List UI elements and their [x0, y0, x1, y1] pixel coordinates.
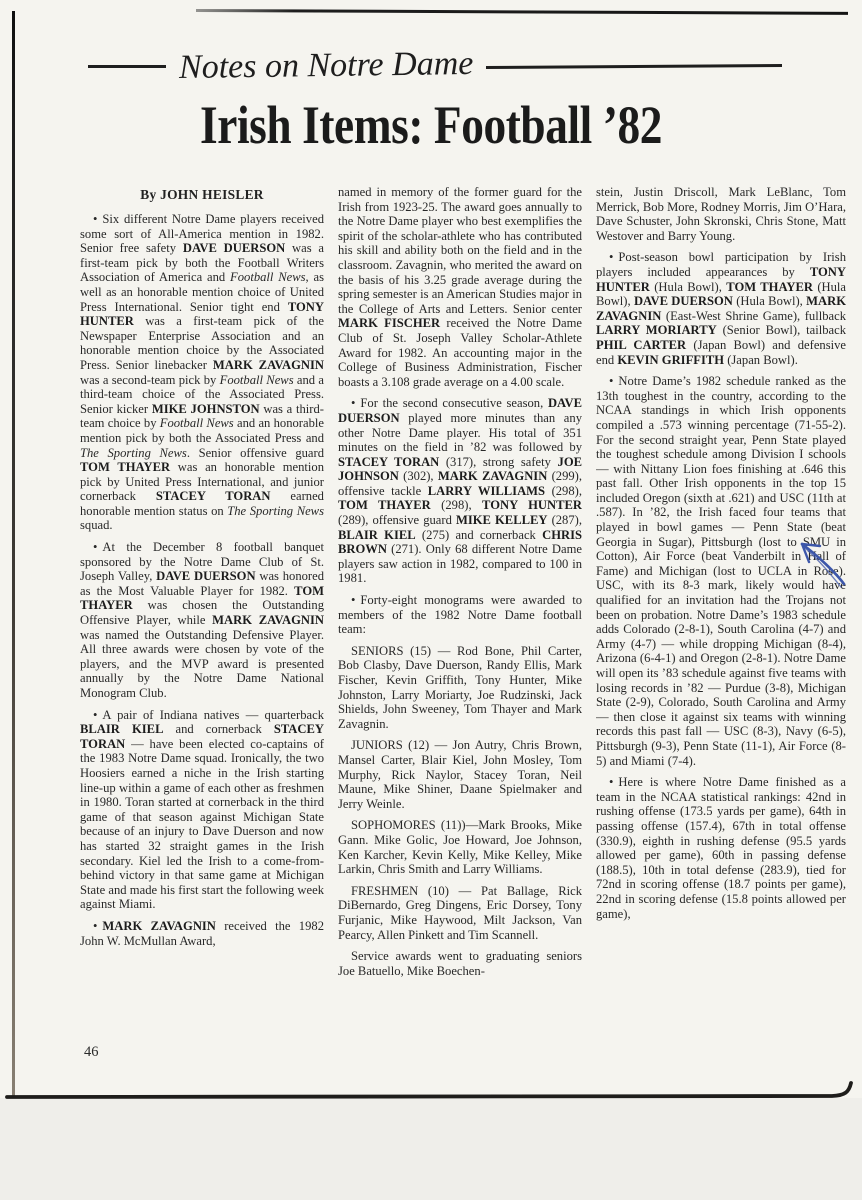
text-segment: The Sporting News — [80, 446, 187, 460]
paragraph: JUNIORS (12) — Jon Autry, Chris Brown, M… — [338, 738, 582, 811]
text-segment: TONY HUNTER — [482, 498, 582, 512]
text-segment: JUNIORS (12) — Jon Autry, Chris Brown, M… — [338, 738, 582, 810]
byline: By JOHN HEISLER — [80, 187, 324, 203]
text-segment: Football News — [220, 373, 294, 387]
text-segment: . Senior offensive guard — [187, 446, 324, 460]
text-segment: SOPHOMORES (11))—Mark Brooks, Mike Gann.… — [338, 818, 582, 876]
paragraph: named in memory of the former guard for … — [338, 185, 582, 389]
kicker-rule-left — [88, 65, 166, 68]
paragraph: stein, Justin Driscoll, Mark LeBlanc, To… — [596, 185, 846, 243]
text-segment: (317), strong safety — [439, 455, 557, 469]
article-title-row: Irish Items: Football ’82 — [0, 94, 862, 156]
text-segment: Football News — [230, 270, 305, 284]
text-segment: KEVIN GRIFFITH — [617, 353, 724, 367]
bullet-icon: • — [609, 374, 613, 388]
section-kicker: Notes on Notre Dame — [88, 44, 782, 88]
text-segment: (Senior Bowl), tailback — [717, 323, 846, 337]
paragraph: SENIORS (15) — Rod Bone, Phil Carter, Bo… — [338, 644, 582, 732]
paragraph: •For the second consecutive season, DAVE… — [338, 396, 582, 586]
paragraph: •MARK ZAVAGNIN received the 1982 John W.… — [80, 919, 324, 948]
bullet-icon: • — [351, 396, 355, 410]
scanned-magazine-page: Notes on Notre Dame Irish Items: Footbal… — [0, 0, 862, 1200]
text-segment: MARK ZAVAGNIN — [213, 358, 324, 372]
text-segment: A pair of Indiana natives — quarterback — [102, 708, 324, 722]
text-segment: PHIL CARTER — [596, 338, 686, 352]
text-segment: STACEY TORAN — [156, 489, 271, 503]
text-segment: TOM THAYER — [338, 498, 431, 512]
article-title: Irish Items: Football ’82 — [200, 94, 662, 156]
text-segment: (Hula Bowl), — [733, 294, 806, 308]
scan-bottom-edge-line — [0, 1080, 862, 1108]
text-segment: MARK FISCHER — [338, 316, 440, 330]
text-segment: (275) and cornerback — [416, 528, 542, 542]
text-segment: — have been elected co-captains of the 1… — [80, 737, 324, 912]
text-segment: Service awards went to graduating senior… — [338, 949, 582, 978]
paragraph: •A pair of Indiana natives — quarterback… — [80, 708, 324, 912]
text-segment: FRESHMEN (10) — Pat Ballage, Rick DiBern… — [338, 884, 582, 942]
text-segment: DAVE DUERSON — [156, 569, 255, 583]
text-column-2: named in memory of the former guard for … — [338, 185, 582, 1053]
paragraph: FRESHMEN (10) — Pat Ballage, Rick DiBern… — [338, 884, 582, 942]
text-segment: squad. — [80, 518, 113, 532]
text-column-1: By JOHN HEISLER •Six different Notre Dam… — [80, 185, 324, 1053]
article-body: By JOHN HEISLER •Six different Notre Dam… — [80, 185, 846, 1053]
text-segment: (Hula Bowl), — [650, 280, 726, 294]
text-segment: SENIORS (15) — Rod Bone, Phil Carter, Bo… — [338, 644, 582, 731]
text-segment: stein, Justin Driscoll, Mark LeBlanc, To… — [596, 185, 846, 243]
text-segment: TOM THAYER — [80, 460, 170, 474]
text-segment: The Sporting News — [227, 504, 324, 518]
kicker-text: Notes on Notre Dame — [179, 45, 474, 87]
paragraph: •Six different Notre Dame players receiv… — [80, 212, 324, 533]
text-segment: (East-West Shrine Game), fullback — [661, 309, 846, 323]
paragraph: SOPHOMORES (11))—Mark Brooks, Mike Gann.… — [338, 818, 582, 876]
text-segment: (289), offensive guard — [338, 513, 456, 527]
kicker-rule-right — [486, 63, 782, 68]
paragraph: •Post-season bowl participation by Irish… — [596, 250, 846, 367]
text-segment: LARRY MORIARTY — [596, 323, 717, 337]
text-segment: Football News — [160, 416, 234, 430]
bullet-icon: • — [93, 540, 97, 554]
text-segment: BLAIR KIEL — [338, 528, 416, 542]
text-segment: MARK ZAVAGNIN — [212, 613, 324, 627]
bullet-icon: • — [351, 593, 355, 607]
handwritten-arrow-annotation — [792, 533, 854, 595]
text-segment: TOM THAYER — [726, 280, 813, 294]
text-segment: BLAIR KIEL — [80, 722, 163, 736]
text-segment: (298), — [545, 484, 582, 498]
paragraph: •At the December 8 football banquet spon… — [80, 540, 324, 701]
text-segment: was a second-team pick by — [80, 373, 220, 387]
text-segment: MARK ZAVAGNIN — [438, 469, 547, 483]
text-segment: Here is where Notre Dame finished as a t… — [596, 775, 846, 920]
text-segment: STACEY TORAN — [338, 455, 439, 469]
text-segment: (298), — [431, 498, 482, 512]
paragraph: •Forty-eight monograms were awarded to m… — [338, 593, 582, 637]
text-segment: Forty-eight monograms were awarded to me… — [338, 593, 582, 636]
text-segment: DAVE DUERSON — [634, 294, 733, 308]
text-segment: and cornerback — [163, 722, 273, 736]
text-segment: (302), — [399, 469, 438, 483]
scan-left-edge-line — [12, 11, 15, 1098]
text-segment: MIKE KELLEY — [456, 513, 548, 527]
text-segment: LARRY WILLIAMS — [428, 484, 545, 498]
bullet-icon: • — [93, 919, 97, 933]
page-number: 46 — [84, 1044, 99, 1061]
bullet-icon: • — [93, 212, 97, 226]
text-segment: MIKE JOHNSTON — [152, 402, 260, 416]
text-segment: named in memory of the former guard for … — [338, 185, 582, 316]
text-segment: For the second consecutive season, — [360, 396, 548, 410]
text-segment: MARK ZAVAGNIN — [102, 919, 215, 933]
scan-below-page-strip — [0, 1098, 862, 1200]
paragraph: •Here is where Notre Dame finished as a … — [596, 775, 846, 921]
text-segment: was named the Outstanding Defensive Play… — [80, 628, 324, 700]
scan-top-edge-line — [196, 9, 848, 15]
bullet-icon: • — [609, 775, 613, 789]
text-segment: (Japan Bowl). — [724, 353, 798, 367]
bullet-icon: • — [609, 250, 613, 264]
text-column-3: stein, Justin Driscoll, Mark LeBlanc, To… — [596, 185, 846, 1053]
bullet-icon: • — [93, 708, 97, 722]
text-segment: (287), — [548, 513, 583, 527]
paragraph: Service awards went to graduating senior… — [338, 949, 582, 978]
text-segment: Post-season bowl participation by Irish … — [596, 250, 846, 279]
text-segment: DAVE DUERSON — [183, 241, 285, 255]
